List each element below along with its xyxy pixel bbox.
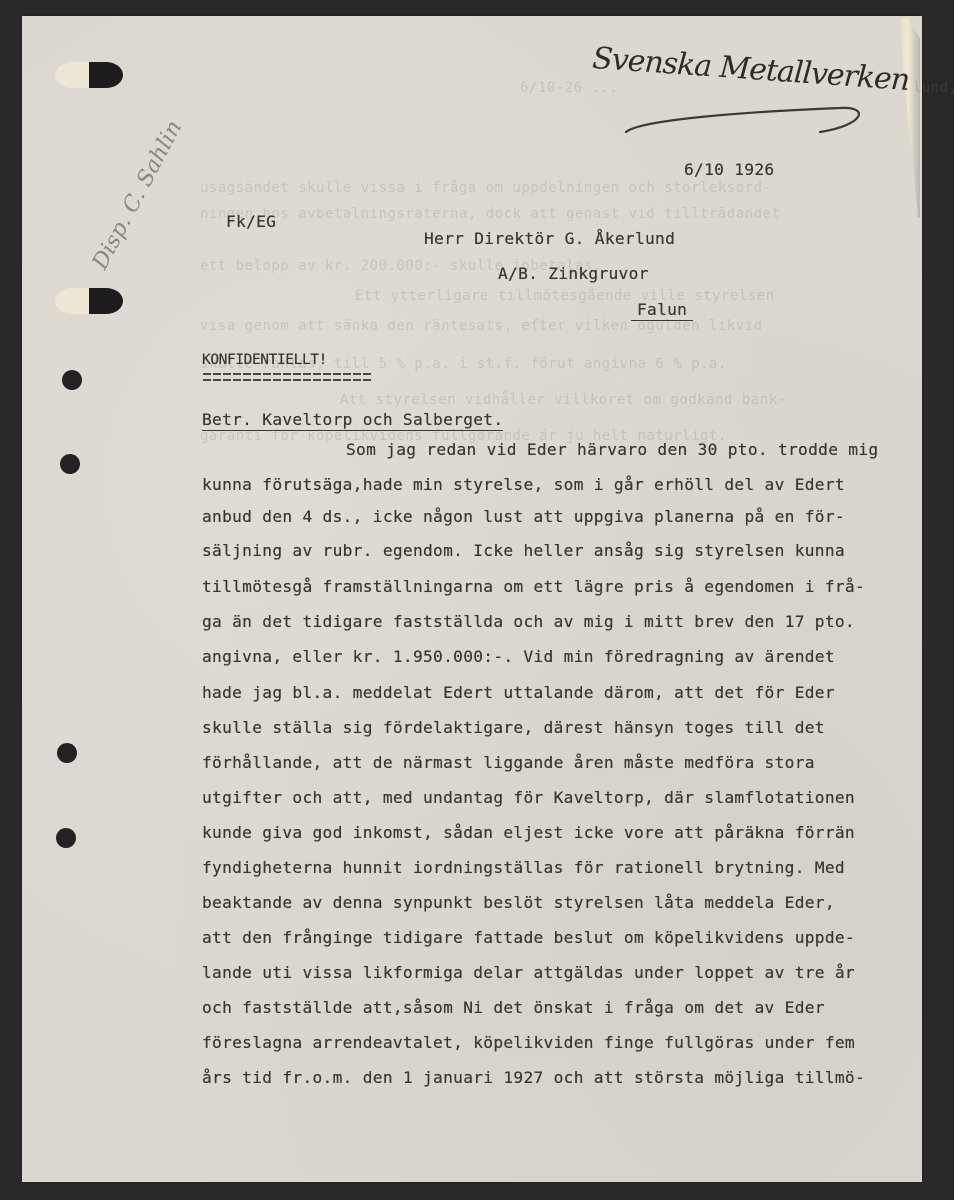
body-line: och fastställde att,såsom Ni det önskat … (202, 998, 825, 1017)
body-line: hade jag bl.a. meddelat Edert uttalande … (202, 683, 835, 702)
confidential-label: KONFIDENTIELLT! (202, 352, 327, 368)
body-line: förhållande, att de närmast liggande åre… (202, 753, 815, 772)
bleed-through-line: ningen hos avbetalningsraterna, dock att… (200, 206, 780, 222)
body-line: kunde giva god inkomst, sådan eljest ick… (202, 823, 855, 842)
signature-flourish (620, 100, 870, 140)
binder-punch-mark (55, 62, 125, 88)
body-line: lande uti vissa likformiga delar attgäld… (202, 963, 855, 982)
body-line: kunna förutsäga,hade min styrelse, som i… (202, 475, 845, 494)
punch-hole (60, 454, 80, 474)
bleed-through-line: Ett ytterligare tillmötesgående ville st… (355, 288, 775, 304)
punch-hole (57, 743, 77, 763)
body-line: att den frånginge tidigare fattade beslu… (202, 928, 855, 947)
body-line: beaktande av denna synpunkt beslöt styre… (202, 893, 835, 912)
body-line: tillmötesgå framställningarna om ett läg… (202, 577, 865, 596)
body-line: angivna, eller kr. 1.950.000:-. Vid min … (202, 647, 835, 666)
body-line: ga än det tidigare fastställda och av mi… (202, 612, 855, 631)
body-line: föreslagna arrendeavtalet, köpelikviden … (202, 1033, 855, 1052)
double-underline (203, 373, 373, 383)
body-line: års tid fr.o.m. den 1 januari 1927 och a… (202, 1068, 865, 1087)
body-line: skulle ställa sig fördelaktigare, därest… (202, 718, 825, 737)
punch-hole (56, 828, 76, 848)
body-line: utgifter och att, med undantag för Kavel… (202, 788, 855, 807)
recipient-name: Herr Direktör G. Åkerlund (424, 229, 675, 248)
recipient-company: A/B. Zinkgruvor (498, 264, 649, 283)
recipient-city: Falun (631, 300, 693, 321)
punch-hole (62, 370, 82, 390)
body-line: fyndigheterna hunnit iordningställas för… (202, 858, 845, 877)
bleed-through-line: Att styrelsen vidhåller villkoret om god… (340, 392, 786, 408)
reference-initials: Fk/EG (226, 212, 276, 231)
subject-line: Betr. Kaveltorp och Salberget. (202, 410, 503, 431)
bleed-through-line: usagsändet skulle vissa i fråga om uppde… (200, 180, 771, 196)
body-line: Som jag redan vid Eder härvaro den 30 pt… (346, 440, 878, 459)
body-line: anbud den 4 ds., icke någon lust att upp… (202, 507, 845, 526)
letter-date: 6/10 1926 (684, 160, 774, 179)
binder-punch-mark (55, 288, 125, 314)
body-line: säljning av rubr. egendom. Icke heller a… (202, 541, 845, 560)
